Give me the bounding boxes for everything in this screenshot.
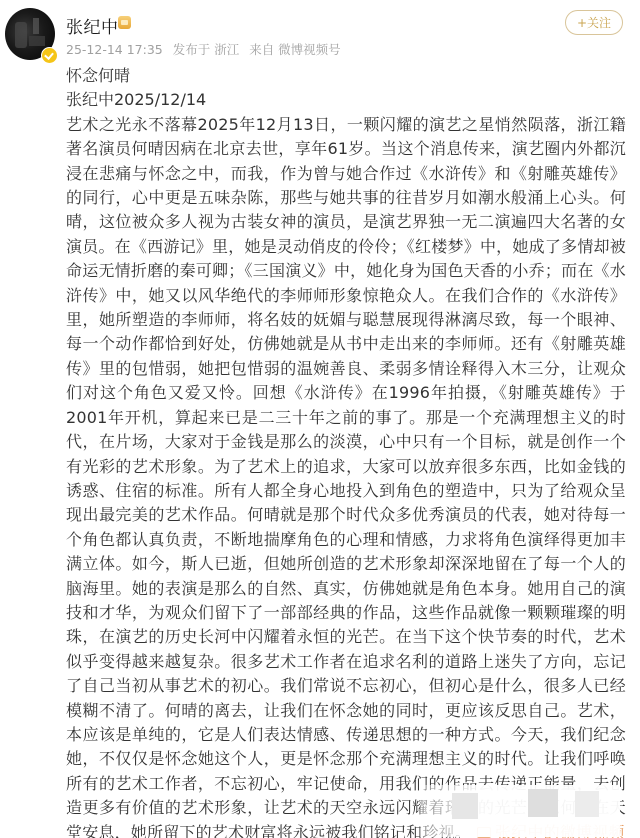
verified-badge-icon: [41, 47, 58, 64]
avatar-image-detail: [15, 22, 27, 48]
post-body-text: 艺术之光永不落幕2025年12月13日，一颗闪耀的演艺之星悄然陨落，浙江籍著名演…: [66, 115, 626, 838]
post-timestamp: 25-12-14 17:35: [66, 42, 163, 57]
post-content: 怀念何晴 张纪中2025/12/14 艺术之光永不落幕2025年12月13日，一…: [66, 64, 626, 838]
watermark-overlay: [420, 785, 620, 837]
avatar-image-detail: [33, 18, 39, 34]
post-byline: 张纪中2025/12/14: [66, 88, 626, 112]
watermark-block: [452, 793, 478, 819]
member-crown-icon[interactable]: [118, 16, 131, 29]
post-header: 张纪中 25-12-14 17:35 发布于 浙江 来自 微博视频号 +关注: [0, 0, 640, 64]
avatar-image-detail: [29, 36, 45, 46]
post-meta: 25-12-14 17:35 发布于 浙江 来自 微博视频号: [66, 40, 347, 58]
follow-button[interactable]: +关注: [565, 10, 623, 35]
watermark-block: [575, 791, 599, 817]
post-title: 怀念何晴: [66, 64, 626, 88]
post-body: 艺术之光永不落幕2025年12月13日，一颗闪耀的演艺之星悄然陨落，浙江籍著名演…: [66, 113, 626, 838]
post-location: 发布于 浙江: [173, 42, 239, 57]
watermark-block: [528, 789, 558, 817]
username[interactable]: 张纪中: [66, 13, 119, 38]
post-source: 来自 微博视频号: [249, 42, 340, 57]
